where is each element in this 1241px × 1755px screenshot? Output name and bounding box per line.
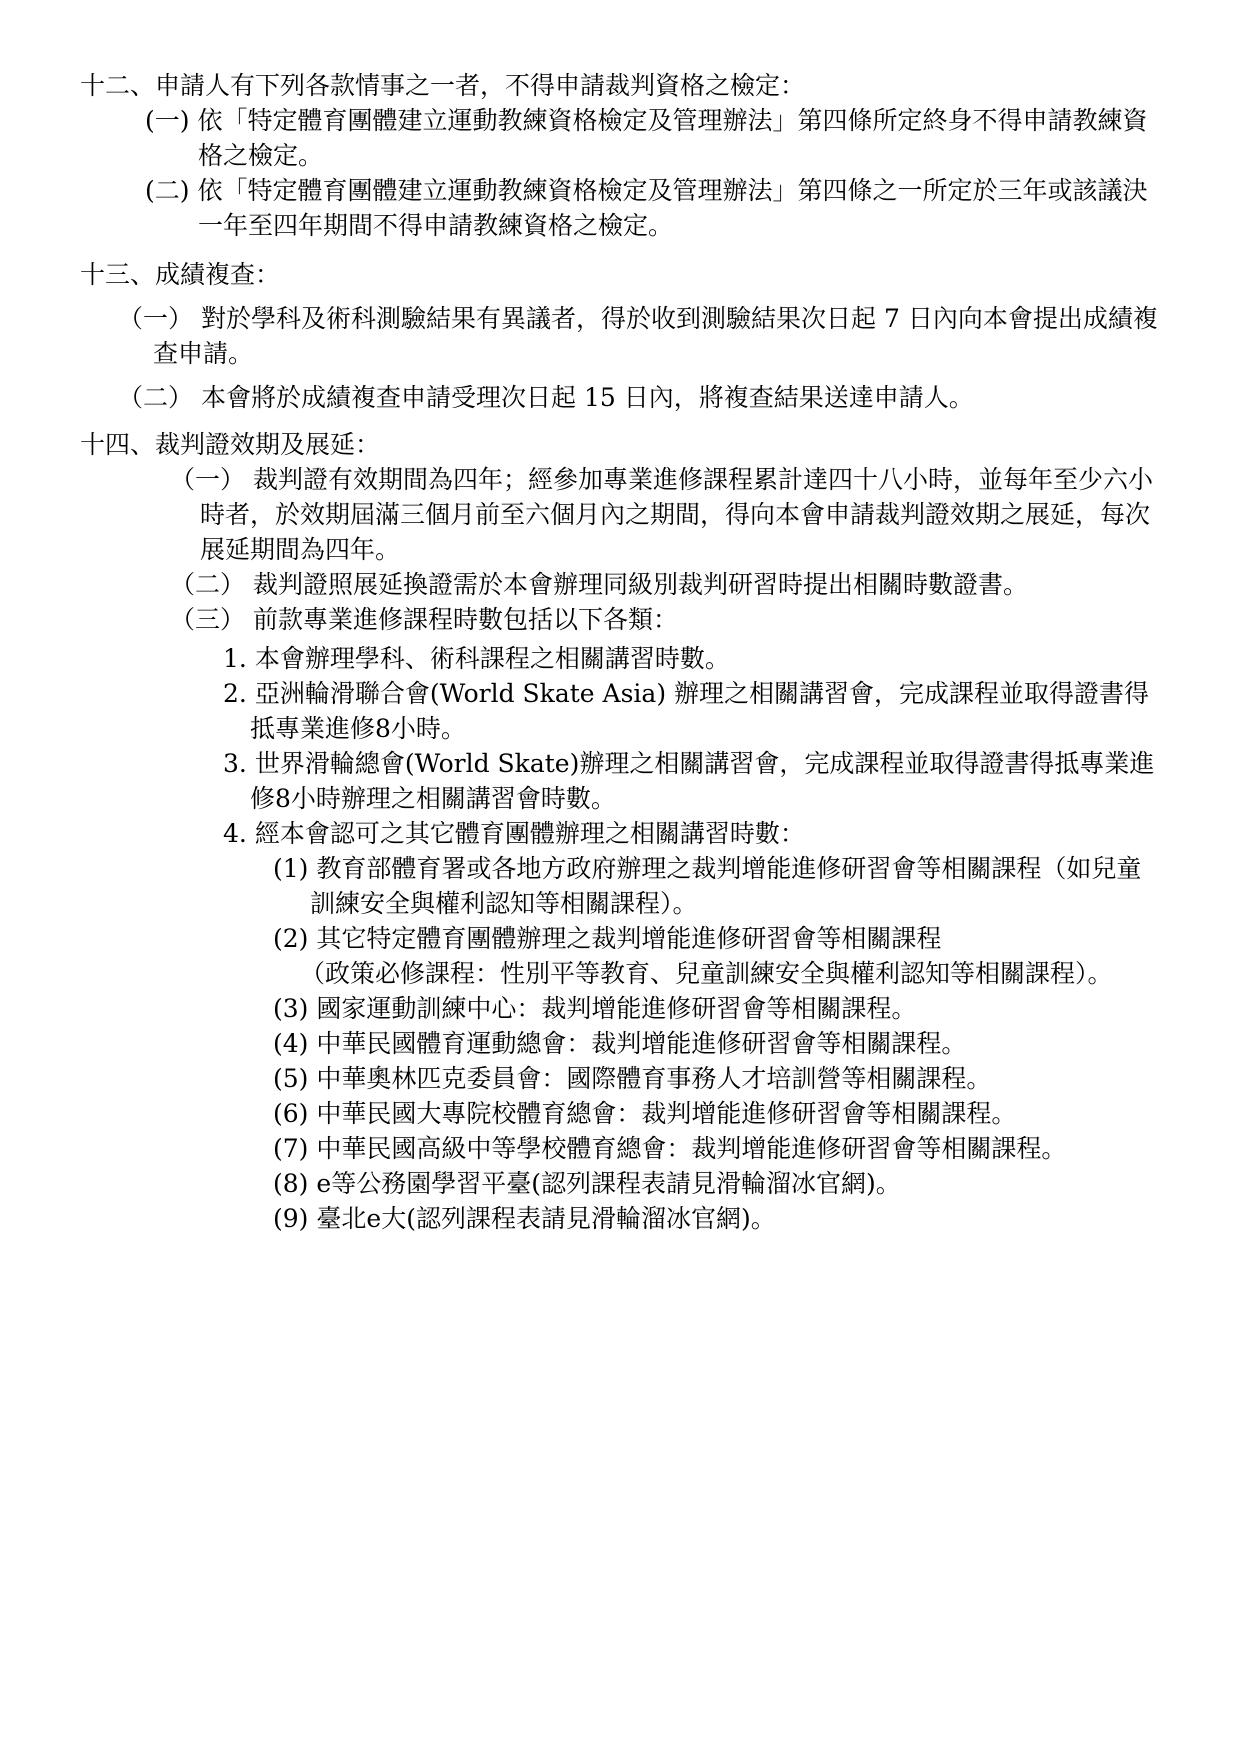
clause-14-2-label: （二） [170, 570, 253, 599]
org-course-1-label: (1) [273, 854, 316, 883]
org-course-1: (1)教育部體育署或各地方政府辦理之裁判增能進修研習會等相關課程（如兒童訓練安全… [310, 851, 1166, 921]
course-type-4: 4.經本會認可之其它體育團體辦理之相關講習時數： [250, 816, 1166, 851]
org-course-2-label: (2) [273, 924, 316, 953]
org-course-1-text: 教育部體育署或各地方政府辦理之裁判增能進修研習會等相關課程（如兒童訓練安全與權利… [310, 854, 1141, 918]
course-type-2: 2.亞洲輪滑聯合會(World Skate Asia) 辦理之相關講習會，完成課… [250, 676, 1166, 746]
clause-14-2-text: 裁判證照展延換證需於本會辦理同級別裁判研習時提出相關時數證書。 [253, 570, 1028, 599]
clause-14-3: （三）前款專業進修課程時數包括以下各類： [200, 602, 1166, 637]
course-type-3-text: 世界滑輪總會(World Skate)辦理之相關講習會，完成課程並取得證書得抵專… [250, 749, 1154, 813]
course-type-1-label: 1. [223, 644, 255, 673]
org-course-6-text: 中華民國大專院校體育總會：裁判增能進修研習會等相關課程。 [316, 1099, 1016, 1128]
clause-14-3-text: 前款專業進修課程時數包括以下各類： [253, 605, 678, 634]
clause-14-2: （二）裁判證照展延換證需於本會辦理同級別裁判研習時提出相關時數證書。 [200, 567, 1166, 602]
org-course-7-text: 中華民國高級中等學校體育總會：裁判增能進修研習會等相關課程。 [316, 1134, 1066, 1163]
org-course-3: (3)國家運動訓練中心：裁判增能進修研習會等相關課程。 [310, 991, 1166, 1026]
org-course-6: (6)中華民國大專院校體育總會：裁判增能進修研習會等相關課程。 [310, 1096, 1166, 1131]
clause-13-2-text: 本會將於成績複查申請受理次日起 15 日內，將複查結果送達申請人。 [201, 383, 974, 412]
clause-13-1-label: （一） [118, 304, 201, 333]
course-type-1: 1.本會辦理學科、術科課程之相關講習時數。 [250, 641, 1166, 676]
org-course-3-text: 國家運動訓練中心：裁判增能進修研習會等相關課程。 [316, 994, 916, 1023]
section-14-number: 十四、 [80, 430, 155, 459]
course-type-4-text: 經本會認可之其它體育團體辦理之相關講習時數： [255, 819, 805, 848]
document-page: 十二、申請人有下列各款情事之一者，不得申請裁判資格之檢定： (一)依「特定體育團… [0, 0, 1241, 1755]
course-type-4-label: 4. [223, 819, 255, 848]
section-14-title: 裁判證效期及展延： [155, 430, 380, 459]
section-14-heading: 十四、裁判證效期及展延： [80, 427, 1166, 462]
org-course-9-label: (9) [273, 1204, 316, 1233]
section-13-number: 十三、 [80, 260, 155, 289]
course-type-2-label: 2. [223, 679, 255, 708]
org-course-8: (8)e等公務園學習平臺(認列課程表請見滑輪溜冰官網)。 [310, 1166, 1166, 1201]
section-12: 十二、申請人有下列各款情事之一者，不得申請裁判資格之檢定： (一)依「特定體育團… [0, 68, 1241, 243]
course-type-3: 3.世界滑輪總會(World Skate)辦理之相關講習會，完成課程並取得證書得… [250, 746, 1166, 816]
clause-14-3-label: （三） [170, 605, 253, 634]
clause-12-1-label: (一) [145, 106, 198, 135]
org-course-2-text: 其它特定體育團體辦理之裁判增能進修研習會等相關課程 [316, 924, 941, 953]
org-course-5-text: 中華奧林匹克委員會：國際體育事務人才培訓營等相關課程。 [316, 1064, 991, 1093]
section-12-number: 十二、 [80, 71, 155, 100]
section-13-title: 成績複查： [155, 260, 280, 289]
section-13: 十三、成績複查： （一）對於學科及術科測驗結果有異議者，得於收到測驗結果次日起 … [0, 257, 1241, 415]
org-course-6-label: (6) [273, 1099, 316, 1128]
course-type-1-text: 本會辦理學科、術科課程之相關講習時數。 [255, 644, 730, 673]
org-course-8-text: e等公務園學習平臺(認列課程表請見滑輪溜冰官網)。 [316, 1169, 900, 1198]
org-course-5-label: (5) [273, 1064, 316, 1093]
clause-14-1-text: 裁判證有效期間為四年；經參加專業進修課程累計達四十八小時，並每年至少六小時者，於… [200, 465, 1153, 564]
org-course-4: (4)中華民國體育運動總會：裁判增能進修研習會等相關課程。 [310, 1026, 1166, 1061]
org-course-7: (7)中華民國高級中等學校體育總會：裁判增能進修研習會等相關課程。 [310, 1131, 1166, 1166]
clause-12-2-label: (二) [145, 176, 198, 205]
course-type-2-text: 亞洲輪滑聯合會(World Skate Asia) 辦理之相關講習會，完成課程並… [250, 679, 1149, 743]
clause-14-1-label: （一） [170, 465, 253, 494]
section-12-heading: 十二、申請人有下列各款情事之一者，不得申請裁判資格之檢定： [80, 68, 1166, 103]
clause-12-1: (一)依「特定體育團體建立運動教練資格檢定及管理辦法」第四條所定終身不得申請教練… [198, 103, 1166, 173]
clause-13-2-label: （二） [118, 383, 201, 412]
clause-14-1: （一）裁判證有效期間為四年；經參加專業進修課程累計達四十八小時，並每年至少六小時… [200, 462, 1166, 567]
org-course-2: (2)其它特定體育團體辦理之裁判增能進修研習會等相關課程 [310, 921, 1166, 956]
org-course-3-label: (3) [273, 994, 316, 1023]
clause-12-2-text: 依「特定體育團體建立運動教練資格檢定及管理辦法」第四條之一所定於三年或該議決一年… [198, 176, 1148, 240]
org-course-9-text: 臺北e大(認列課程表請見滑輪溜冰官網)。 [316, 1204, 775, 1233]
org-course-7-label: (7) [273, 1134, 316, 1163]
clause-13-2: （二）本會將於成績複查申請受理次日起 15 日內，將複查結果送達申請人。 [153, 380, 1166, 415]
clause-12-2: (二)依「特定體育團體建立運動教練資格檢定及管理辦法」第四條之一所定於三年或該議… [198, 173, 1166, 243]
org-course-9: (9)臺北e大(認列課程表請見滑輪溜冰官網)。 [310, 1201, 1166, 1236]
clause-13-1-text: 對於學科及術科測驗結果有異議者，得於收到測驗結果次日起 7 日內向本會提出成績複… [153, 304, 1158, 368]
org-course-5: (5)中華奧林匹克委員會：國際體育事務人才培訓營等相關課程。 [310, 1061, 1166, 1096]
section-14: 十四、裁判證效期及展延： （一）裁判證有效期間為四年；經參加專業進修課程累計達四… [0, 427, 1241, 1236]
clause-13-1: （一）對於學科及術科測驗結果有異議者，得於收到測驗結果次日起 7 日內向本會提出… [153, 301, 1166, 371]
section-12-title: 申請人有下列各款情事之一者，不得申請裁判資格之檢定： [155, 71, 805, 100]
org-course-2-note: （政策必修課程：性別平等教育、兒童訓練安全與權利認知等相關課程）。 [300, 956, 1166, 991]
org-course-8-label: (8) [273, 1169, 316, 1198]
section-13-heading: 十三、成績複查： [80, 257, 1166, 292]
clause-12-1-text: 依「特定體育團體建立運動教練資格檢定及管理辦法」第四條所定終身不得申請教練資格之… [198, 106, 1148, 170]
org-course-4-text: 中華民國體育運動總會：裁判增能進修研習會等相關課程。 [316, 1029, 966, 1058]
org-course-4-label: (4) [273, 1029, 316, 1058]
course-type-3-label: 3. [223, 749, 255, 778]
